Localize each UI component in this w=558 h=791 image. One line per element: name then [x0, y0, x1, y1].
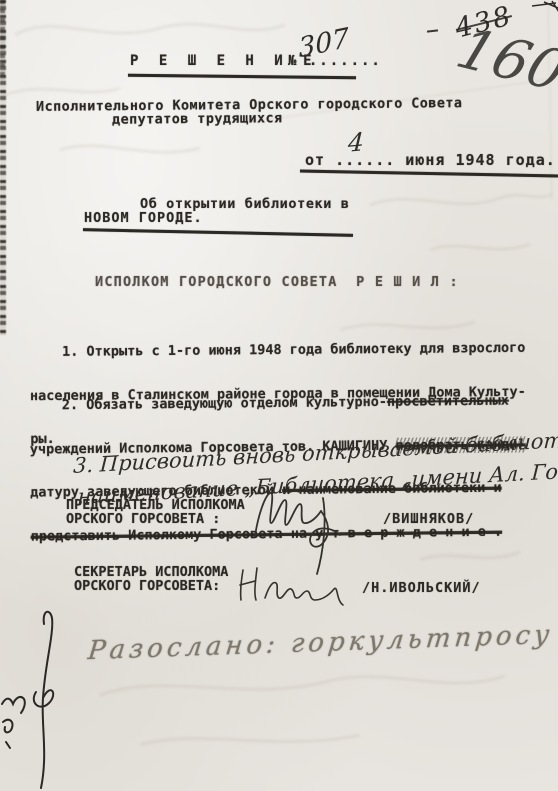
chairman-title-line-2: ОРСКОГО ГОРСОВЕТА : — [66, 512, 220, 527]
text-segment: 2. Обязать заведующую отделом культурно- — [29, 394, 387, 414]
struck-segment: просветительных — [387, 393, 509, 410]
flourish-strokes — [2, 612, 53, 788]
secretary-typed-name: /Н.ИВОЛЬСКИЙ/ — [362, 581, 481, 596]
secretary-signature — [233, 558, 353, 613]
scanned-document-page: 438 160 Р Е Ш Е Н И Е № ....... 307 Испо… — [0, 0, 558, 791]
corner-mark-strokes — [532, 1, 558, 12]
resolution-heading: ИСПОЛКОМ ГОРОДСКОГО СОВЕТА Р Е Ш И Л : — [95, 275, 459, 290]
chairman-typed-name: /ВИШНЯКОВ/ — [383, 512, 474, 527]
date-line: от ...... июня 1948 года. — [305, 153, 556, 168]
corner-pen-mark — [530, 0, 558, 16]
item1-line-1: 1. Открыть с 1-го июня 1948 года библиот… — [30, 341, 526, 360]
scan-edge-artifact-lower — [0, 0, 5, 80]
item2-line-1: 2. Обязать заведующую отделом культурно-… — [29, 393, 525, 413]
secretary-title-line-2: ОРСКОГО ГОРСОВЕТА: — [74, 579, 220, 594]
secretary-signature-strokes — [240, 568, 343, 605]
subject-line-2: НОВОМ ГОРОДЕ. — [84, 211, 203, 226]
issuer-line-2: депутатов трудящихся — [112, 111, 283, 127]
margin-pen-flourish — [0, 602, 85, 791]
